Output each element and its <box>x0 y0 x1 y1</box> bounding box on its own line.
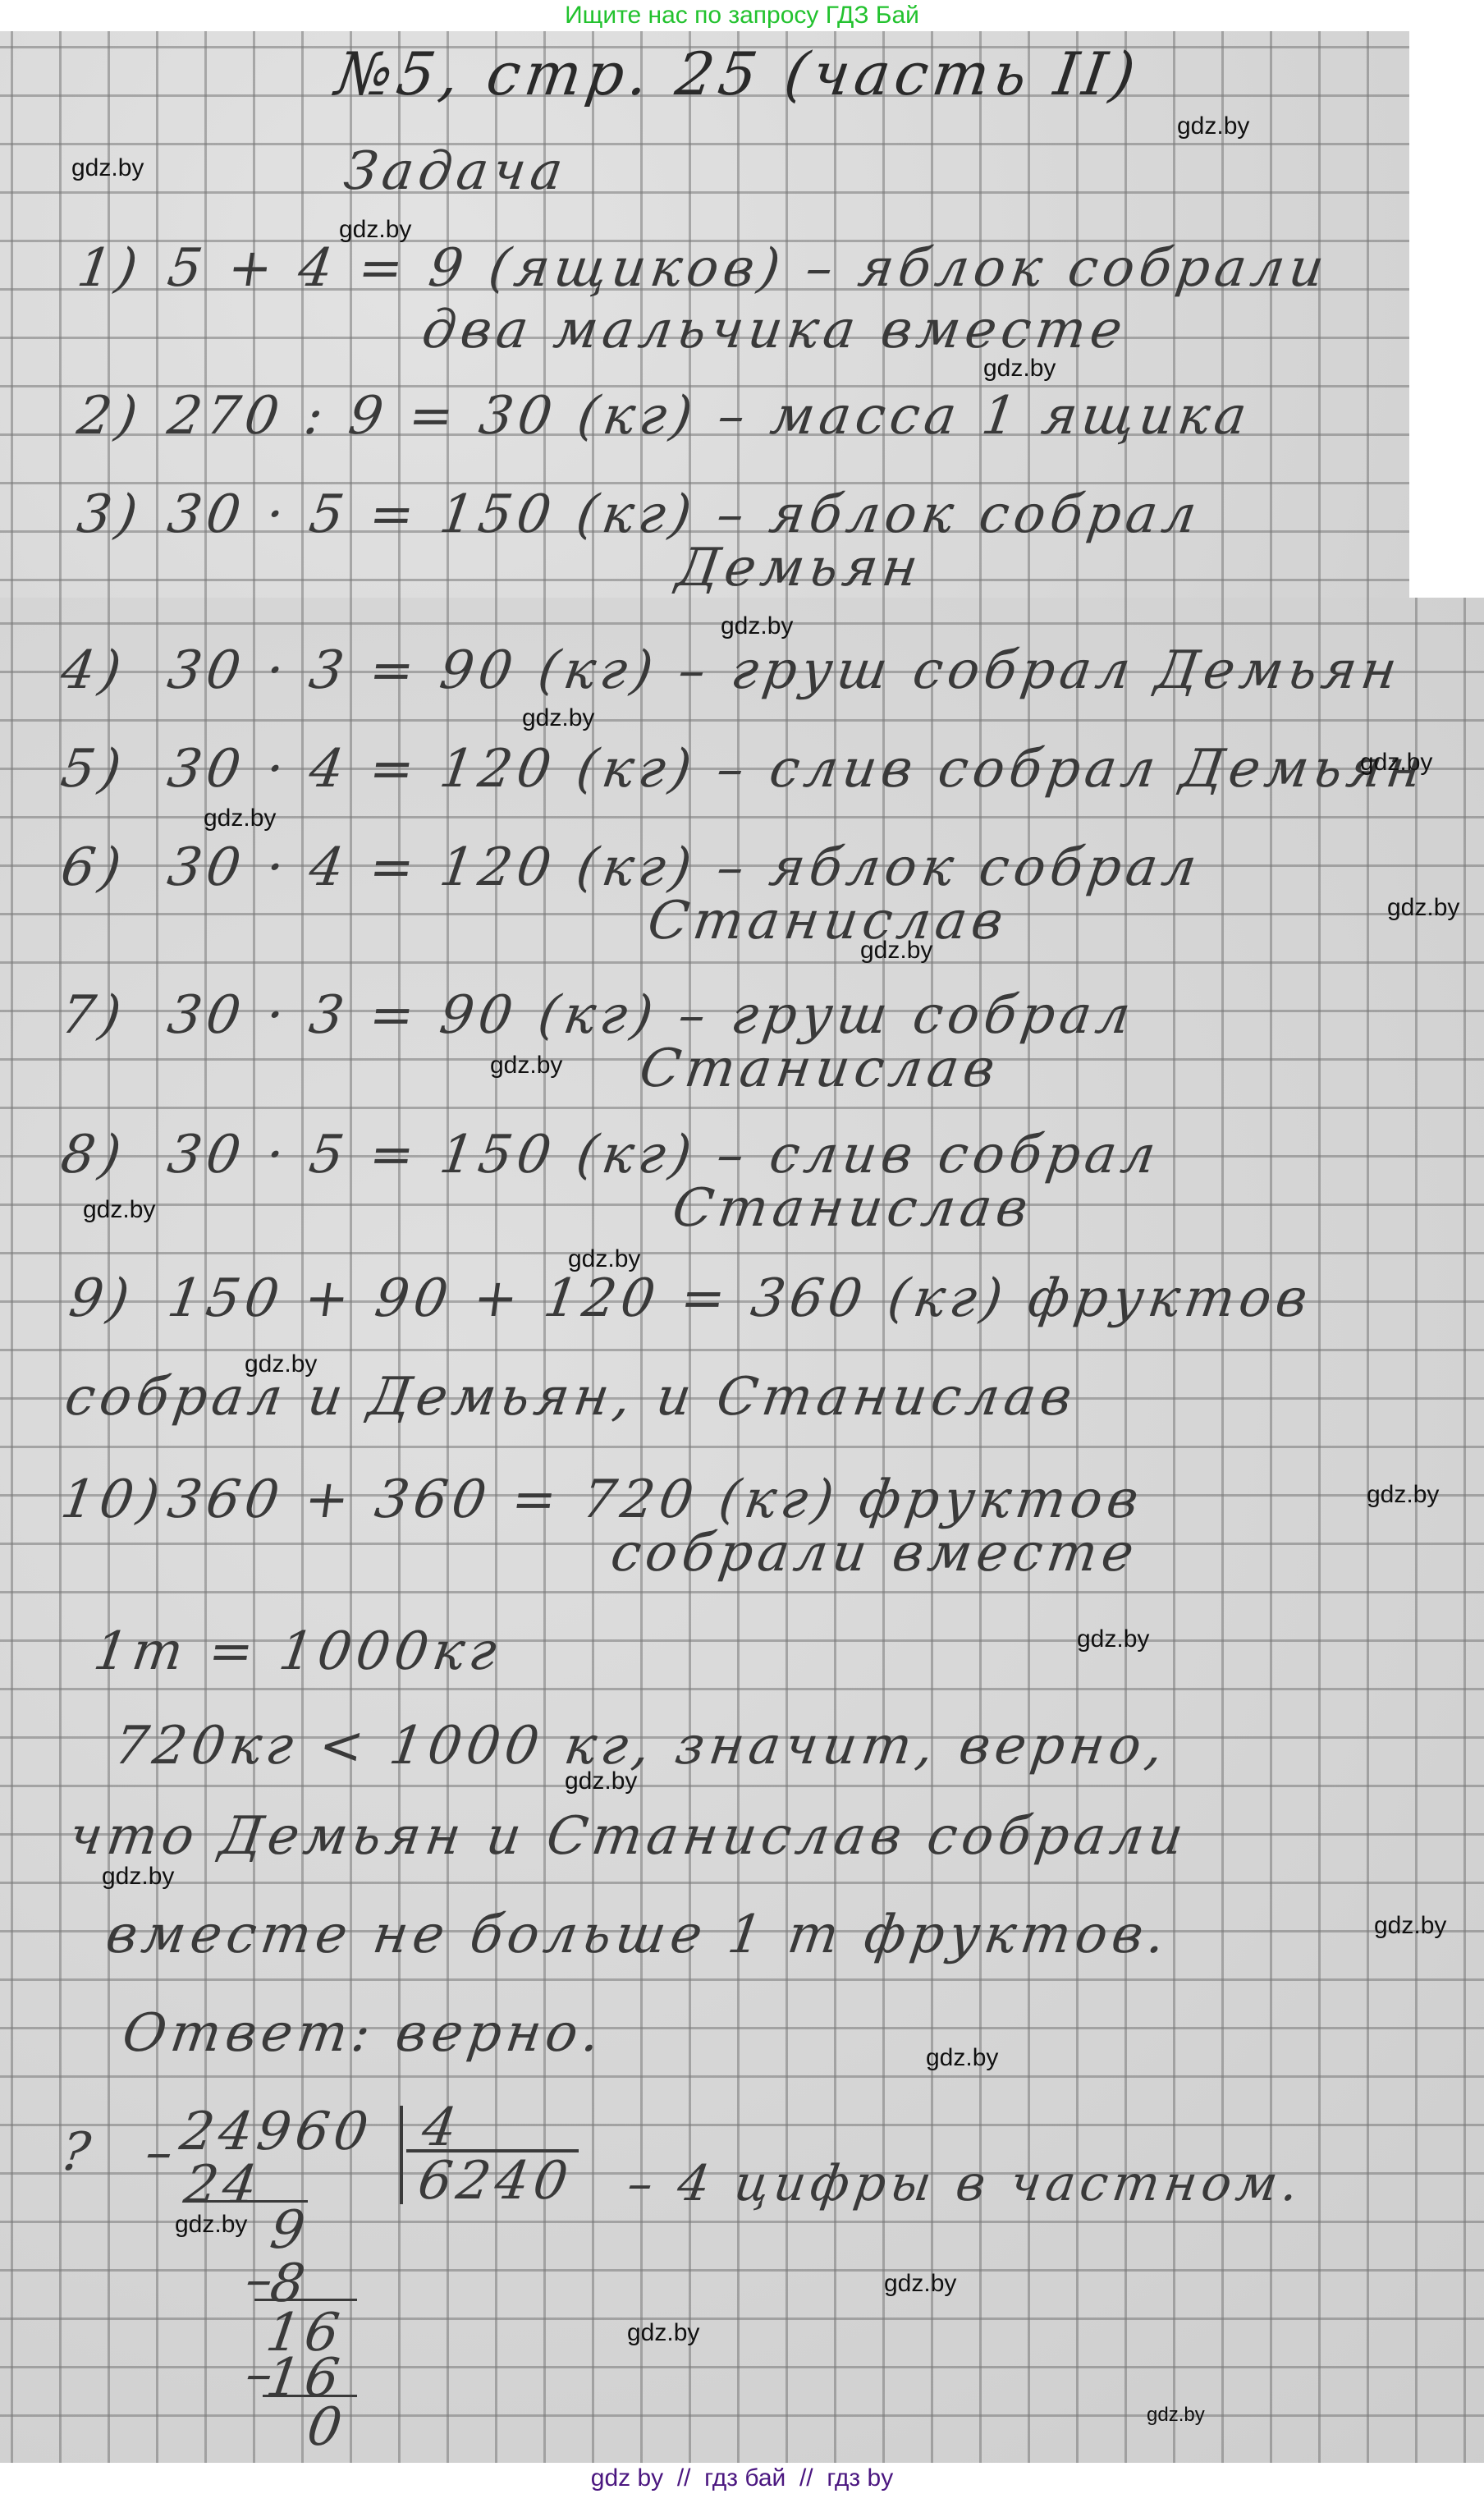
watermark: gdz.by <box>1367 1481 1439 1509</box>
watermark: gdz.by <box>102 1863 174 1891</box>
step-expression: 360 + 360 = 720 (кг) фруктов <box>164 1469 1147 1530</box>
step-continuation: Демьян <box>673 538 927 598</box>
watermark: gdz.by <box>245 1350 317 1378</box>
step-number: 1) <box>74 238 146 299</box>
site-footer-banner[interactable]: gdz by // гдз бай // гдз by <box>0 2463 1484 2494</box>
watermark: gdz.by <box>565 1767 637 1795</box>
step-expression: 30 · 4 = 120 (кг) – слив собрал Демьян <box>164 739 1431 800</box>
conclusion-line: что Демьян и Станислав собрали <box>66 1806 1192 1867</box>
division-bar-vertical <box>400 2106 403 2204</box>
step-number: 3) <box>74 484 146 545</box>
watermark: gdz.by <box>1360 749 1432 777</box>
conclusion-line: 720кг < 1000 кг, значит, верно, <box>111 1716 1172 1777</box>
quotient: 6240 <box>415 2151 576 2212</box>
step-continuation: Станислав <box>636 1038 1004 1099</box>
division-underline <box>254 2299 357 2301</box>
watermark: gdz.by <box>568 1245 640 1273</box>
step-expression: 5 + 4 = 9 (ящиков) – яблок собрали <box>164 238 1333 299</box>
step-continuation: Станислав <box>644 891 1012 951</box>
watermark: gdz.by <box>721 612 793 640</box>
watermark: gdz.by <box>83 1196 155 1224</box>
step-expression: 270 : 9 = 30 (кг) – масса 1 ящика <box>164 386 1255 447</box>
watermark: gdz.by <box>1387 894 1459 922</box>
watermark: gdz.by <box>339 216 411 244</box>
step-number: 4) <box>57 640 130 701</box>
answer: Ответ: верно. <box>119 2003 608 2064</box>
step-expression: 30 · 3 = 90 (кг) – груш собрал <box>164 985 1139 1046</box>
unit-conversion: 1т = 1000кг <box>90 1621 506 1682</box>
step-number: 8) <box>57 1125 130 1185</box>
step-continuation: Станислав <box>669 1178 1037 1239</box>
watermark: gdz.by <box>1077 1625 1149 1653</box>
watermark: gdz.by <box>1147 2404 1205 2427</box>
conclusion-line: вместе не больше 1 т фруктов. <box>103 1905 1174 1965</box>
watermark: gdz.by <box>1177 112 1249 140</box>
step-expression: 150 + 90 + 120 = 360 (кг) фруктов <box>164 1268 1316 1329</box>
problem-heading: Задача <box>341 141 571 202</box>
search-hint-banner: Ищите нас по запросу ГДЗ Бай <box>0 0 1484 31</box>
dividend: 24960 <box>176 2102 377 2162</box>
quotient-note: – 4 цифры в частном. <box>624 2155 1307 2212</box>
step-expression: 30 · 5 = 150 (кг) – яблок собрал <box>164 484 1205 545</box>
step-expression: 30 · 5 = 150 (кг) – слив собрал <box>164 1125 1164 1185</box>
watermark: gdz.by <box>175 2211 247 2239</box>
step-number: 5) <box>57 739 130 800</box>
step-continuation: два мальчика вместе <box>419 300 1131 360</box>
step-number: 10) <box>57 1469 168 1530</box>
step-number: 7) <box>57 985 130 1046</box>
watermark: gdz.by <box>884 2270 956 2298</box>
watermark: gdz.by <box>627 2319 699 2347</box>
watermark: gdz.by <box>522 704 594 732</box>
watermark: gdz.by <box>490 1052 562 1080</box>
step-number: 6) <box>57 837 130 898</box>
watermark: gdz.by <box>71 154 144 182</box>
step-number: 2) <box>74 386 146 447</box>
step-continuation: собрал и Демьян, и Станислав <box>62 1367 1080 1428</box>
watermark: gdz.by <box>204 805 276 832</box>
watermark: gdz.by <box>926 2044 998 2072</box>
exercise-title: №5, стр. 25 (часть II) <box>332 39 1144 108</box>
step-number: 9) <box>66 1268 138 1329</box>
watermark: gdz.by <box>860 937 932 965</box>
step-continuation: собрали вместе <box>607 1523 1143 1584</box>
step-expression: 30 · 4 = 120 (кг) – яблок собрал <box>164 837 1205 898</box>
step-expression: 30 · 3 = 90 (кг) – груш собрал Демьян <box>164 640 1405 701</box>
watermark: gdz.by <box>983 355 1056 383</box>
watermark: gdz.by <box>1374 1912 1446 1940</box>
division-step: 24 <box>181 2155 266 2216</box>
